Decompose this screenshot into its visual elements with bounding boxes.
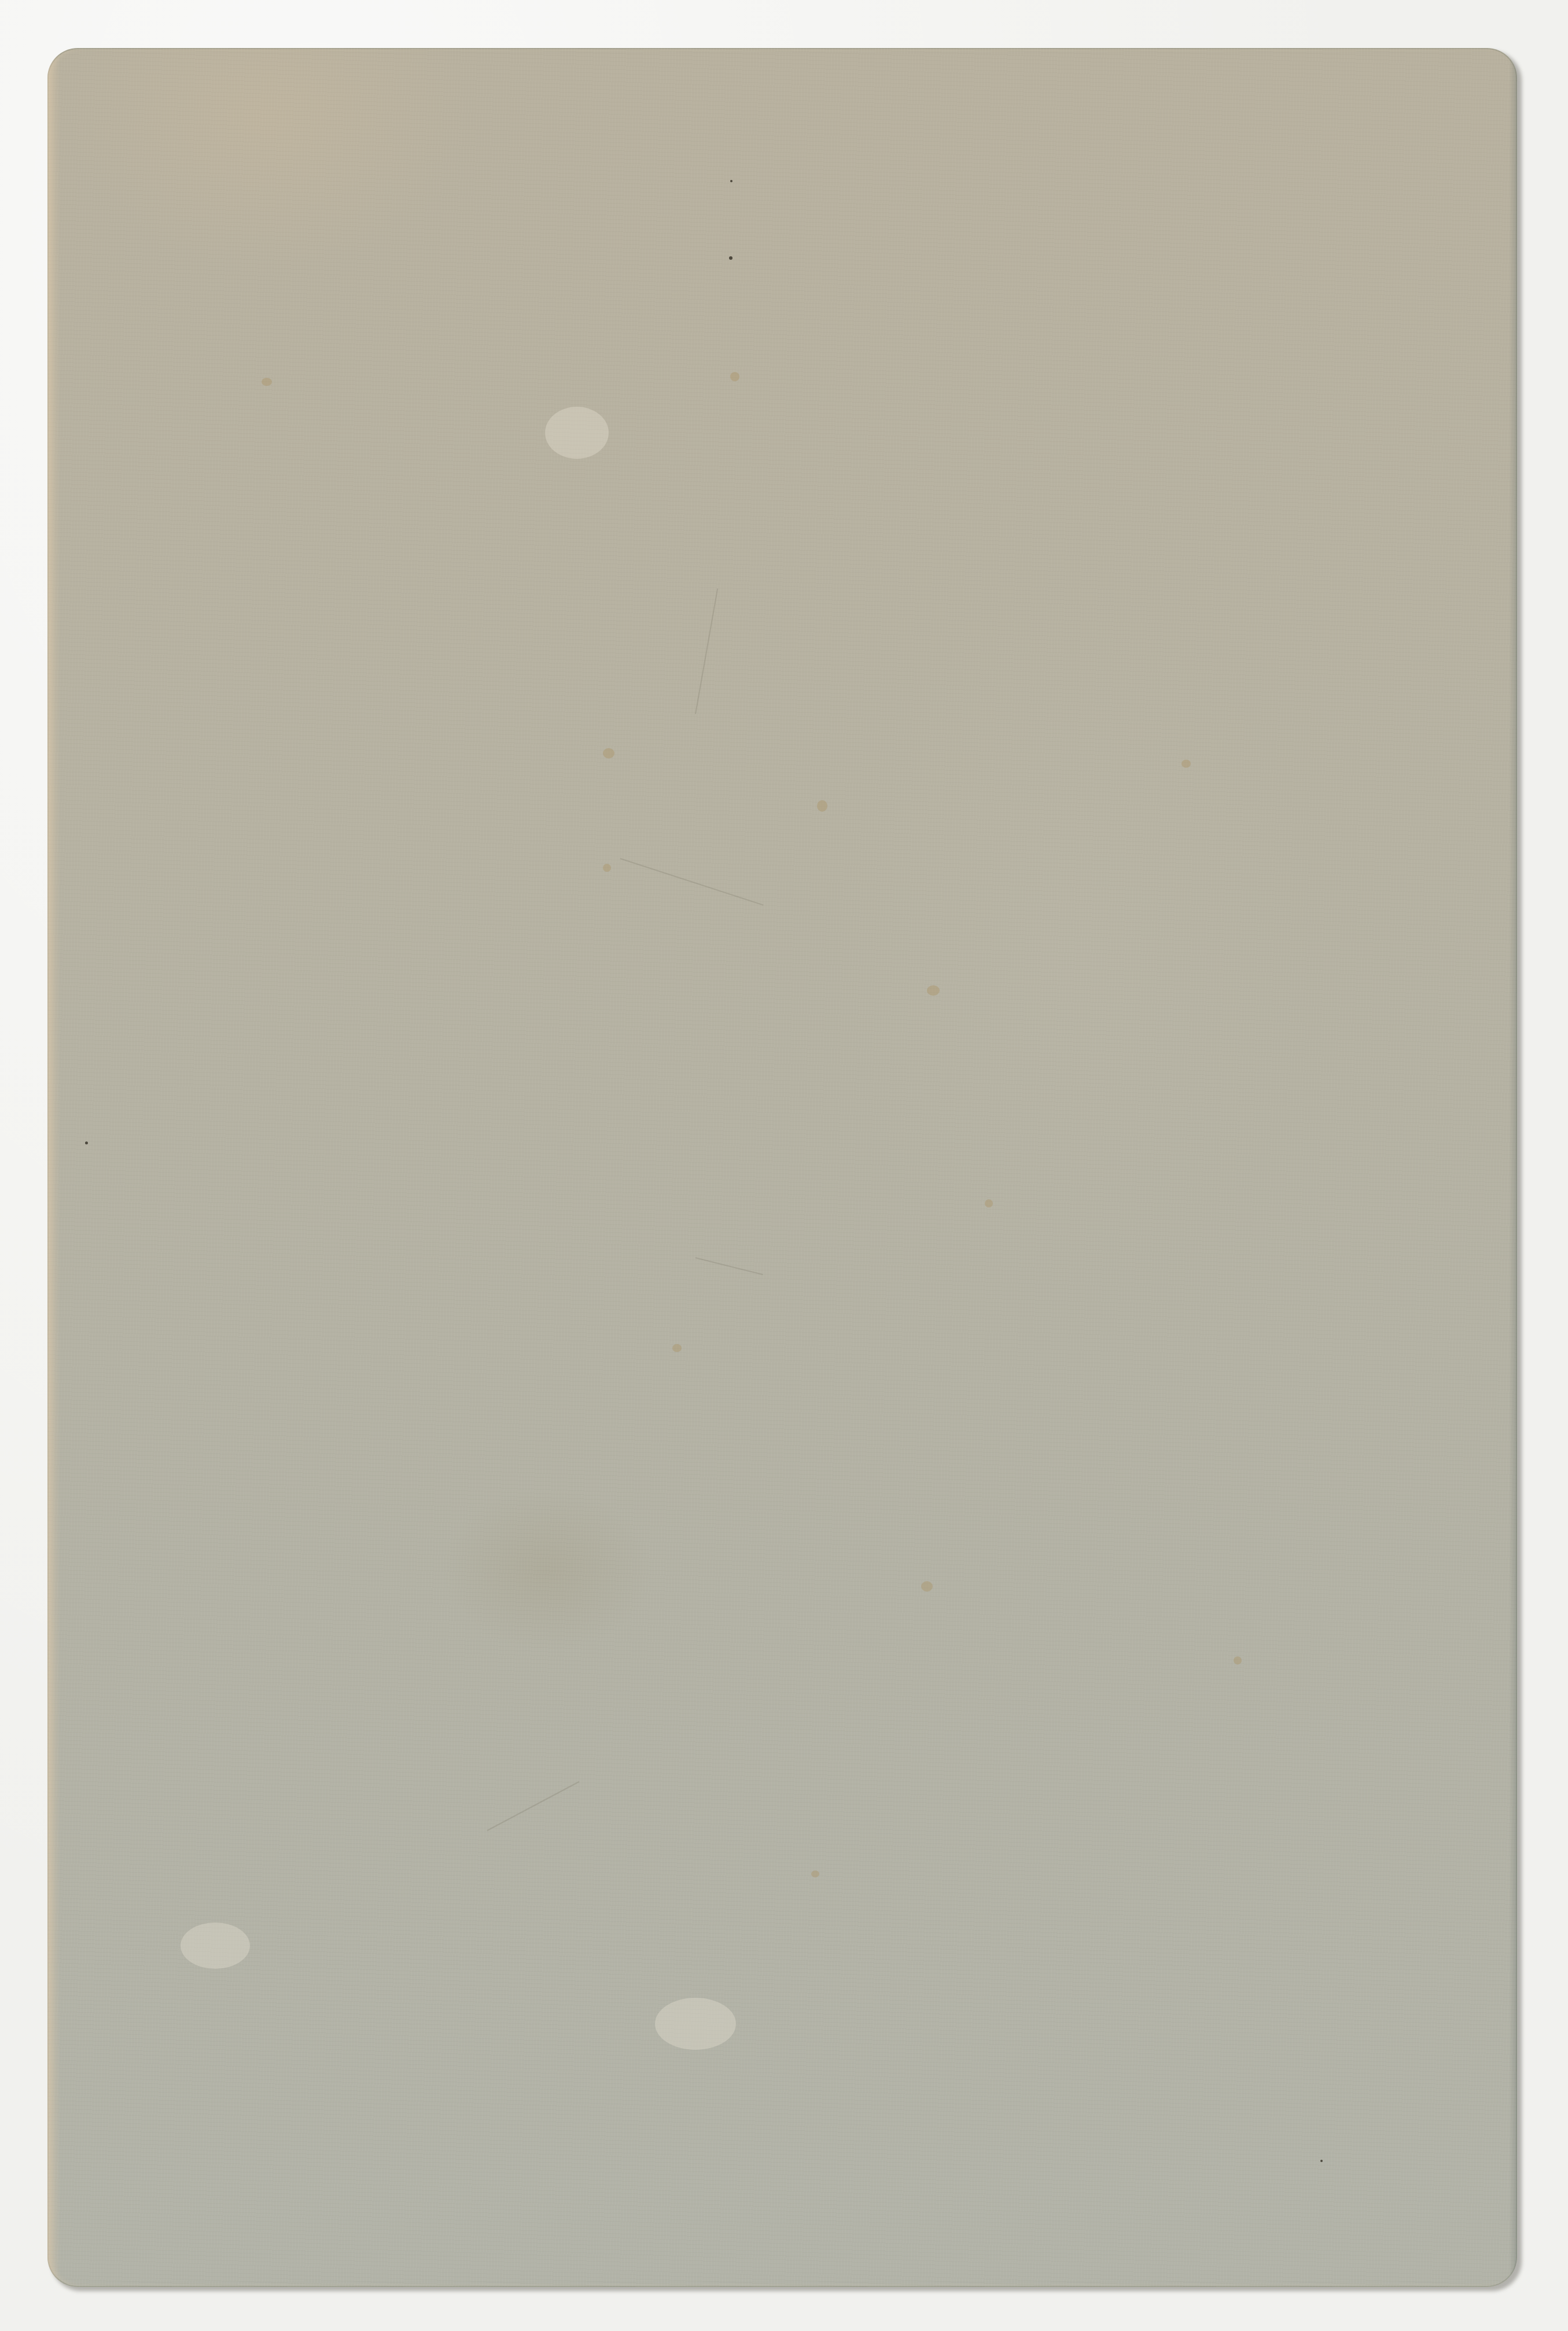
cabinet-card-back (47, 48, 1517, 2287)
card-right-edge-shadow (1509, 48, 1517, 2287)
surface-scratch (487, 1781, 580, 1831)
foxing-spot (817, 800, 827, 812)
light-scuff (545, 407, 609, 459)
surface-scratch (695, 1257, 763, 1275)
foxing-spot (730, 372, 739, 381)
foxing-spot (603, 748, 614, 758)
dark-speck (729, 256, 733, 260)
foxing-spot (811, 1870, 819, 1877)
dark-speck (1320, 2160, 1323, 2162)
foxing-spot (985, 1199, 993, 1207)
foxing-spot (262, 378, 272, 386)
card-left-edge-wear (47, 48, 60, 2287)
surface-scratch (695, 588, 718, 714)
foxing-spot (1234, 1656, 1242, 1665)
dark-speck (730, 180, 733, 182)
light-scuff (181, 1923, 250, 1969)
light-scuff (655, 1998, 736, 2050)
foxing-spot (927, 985, 940, 996)
surface-scratch (620, 858, 764, 905)
dark-speck (85, 1141, 88, 1144)
foxing-spot (921, 1581, 933, 1592)
foxing-spot (1181, 760, 1191, 768)
foxing-spot (603, 864, 611, 872)
foxing-spot (672, 1344, 682, 1352)
